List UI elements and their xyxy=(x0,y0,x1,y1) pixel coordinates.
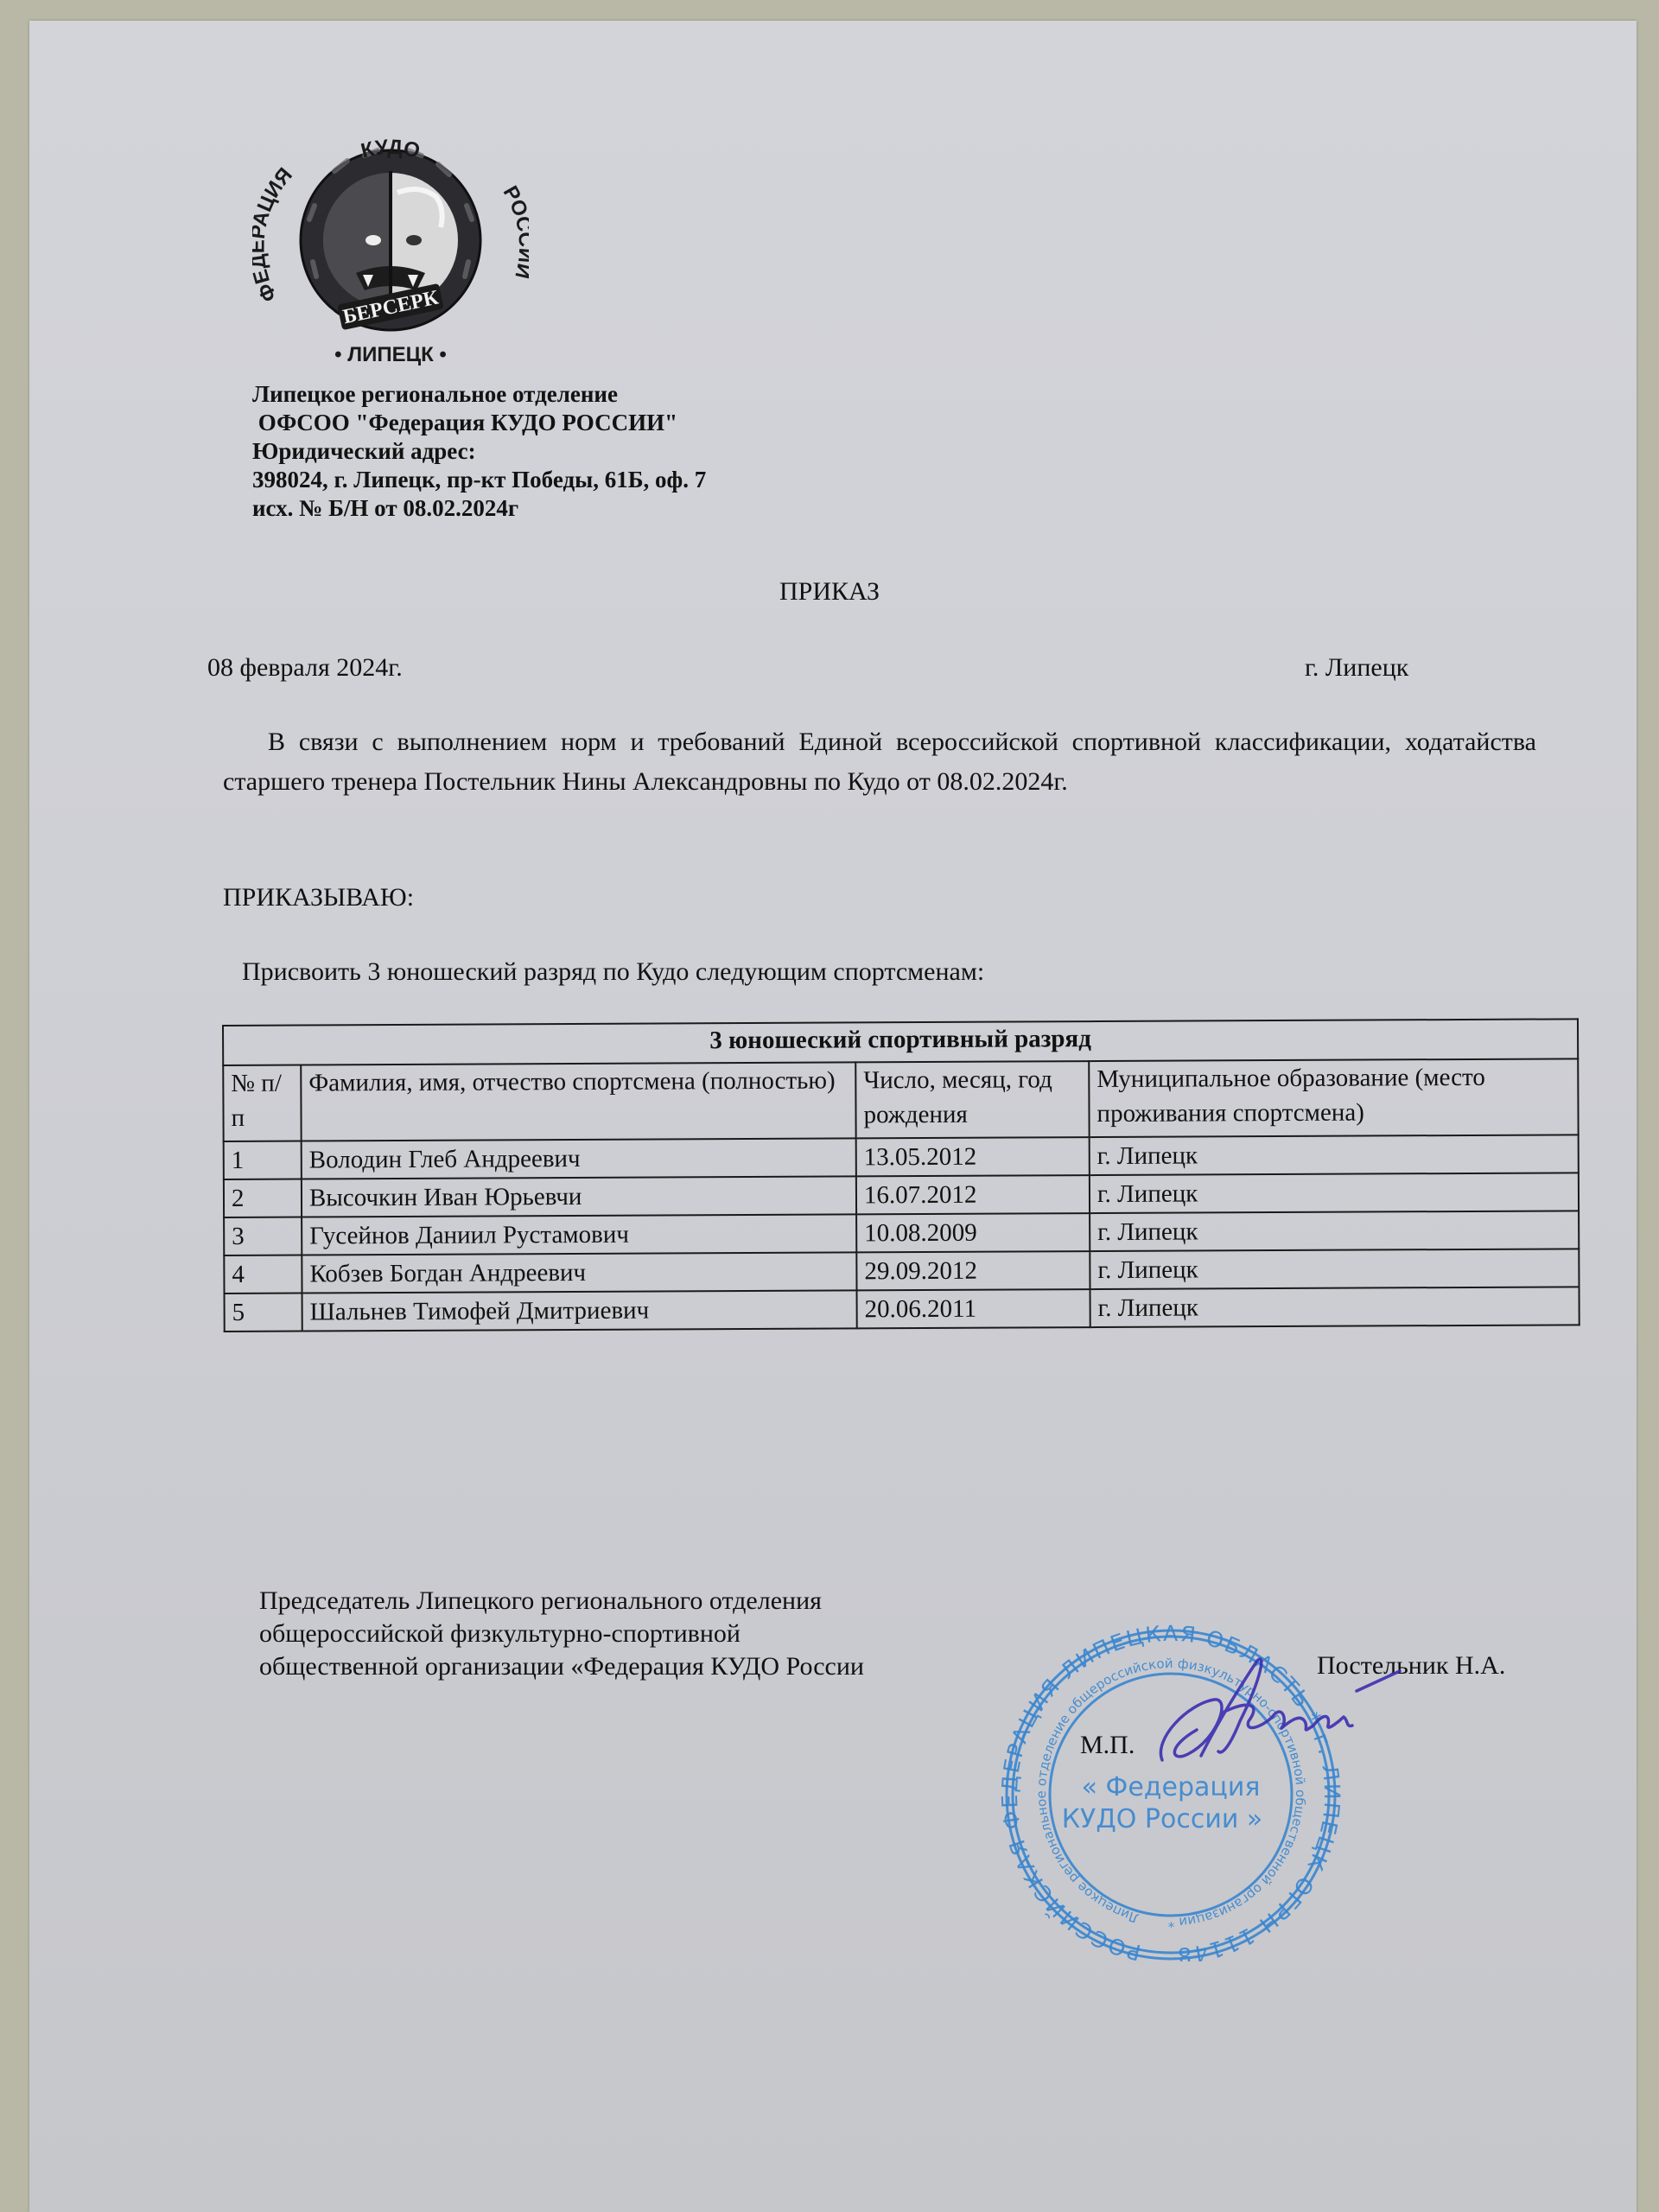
table-row: 5 Шальнев Тимофей Дмитриевич 20.06.2011 … xyxy=(225,1287,1580,1332)
athletes-table-wrap: 3 юношеский спортивный разряд № п/п Фами… xyxy=(222,1018,1580,1332)
letterhead-address-label: Юридический адрес: xyxy=(252,437,706,466)
row-num: 5 xyxy=(225,1294,302,1332)
order-title: ПРИКАЗ xyxy=(0,577,1659,607)
signatory-title: Председатель Липецкого регионального отд… xyxy=(259,1585,864,1683)
letterhead-org-line: Липецкое региональное отделение xyxy=(252,380,706,409)
svg-text:ФЕДЕРАЦИЯ: ФЕДЕРАЦИЯ xyxy=(252,163,297,305)
row-municipality: г. Липецк xyxy=(1090,1249,1579,1289)
row-municipality: г. Липецк xyxy=(1090,1211,1579,1251)
row-birth: 16.07.2012 xyxy=(856,1175,1090,1214)
header-name: Фамилия, имя, отчество спортсмена (полно… xyxy=(301,1062,855,1141)
row-name: Кобзев Богдан Андреевич xyxy=(302,1252,856,1293)
table-title: 3 юношеский спортивный разряд xyxy=(223,1019,1578,1065)
row-num: 4 xyxy=(224,1255,302,1294)
row-num: 3 xyxy=(224,1217,302,1255)
athletes-table: 3 юношеский спортивный разряд № п/п Фами… xyxy=(222,1018,1580,1332)
row-name: Гусейнов Даниил Рустамович xyxy=(302,1214,856,1255)
letterhead: Липецкое региональное отделение ОФСОО "Ф… xyxy=(252,380,706,523)
table-header-row: № п/п Фамилия, имя, отчество спортсмена … xyxy=(223,1058,1578,1141)
svg-text:• ЛИПЕЦК •: • ЛИПЕЦК • xyxy=(334,343,447,366)
table-row: 4 Кобзев Богдан Андреевич 29.09.2012 г. … xyxy=(224,1249,1579,1294)
assign-statement: Присвоить 3 юношеский разряд по Кудо сле… xyxy=(242,957,984,987)
table-row: 2 Высочкин Иван Юрьевчи 16.07.2012 г. Ли… xyxy=(224,1173,1579,1217)
signatory-line-3: общественной организации «Федерация КУДО… xyxy=(259,1650,864,1683)
header-birth: Число, месяц, год рождения xyxy=(855,1061,1089,1138)
order-date: 08 февраля 2024г. xyxy=(207,653,403,683)
row-name: Володин Глеб Андреевич xyxy=(302,1138,856,1179)
svg-text:РОССИИ: РОССИИ xyxy=(499,182,529,281)
row-name: Высочкин Иван Юрьевчи xyxy=(302,1176,856,1217)
table-row: 1 Володин Глеб Андреевич 13.05.2012 г. Л… xyxy=(224,1135,1579,1179)
letterhead-federation-line: ОФСОО "Федерация КУДО РОССИИ" xyxy=(252,409,706,437)
svg-text:КУДО России »: КУДО России » xyxy=(1062,1804,1263,1834)
row-birth: 13.05.2012 xyxy=(856,1137,1090,1176)
handwritten-signature-icon xyxy=(1136,1652,1404,1773)
row-num: 2 xyxy=(224,1179,302,1217)
header-municipality: Муниципальное образование (место прожива… xyxy=(1089,1058,1578,1137)
signatory-line-1: Председатель Липецкого регионального отд… xyxy=(259,1585,864,1618)
seal-place-label: М.П. xyxy=(1080,1731,1135,1760)
signatory-line-2: общероссийской физкультурно-спортивной xyxy=(259,1618,864,1650)
row-birth: 10.08.2009 xyxy=(856,1213,1090,1252)
order-directive: ПРИКАЗЫВАЮ: xyxy=(223,883,414,912)
row-birth: 20.06.2011 xyxy=(857,1289,1090,1328)
row-num: 1 xyxy=(224,1141,302,1179)
row-name: Шальнев Тимофей Дмитриевич xyxy=(302,1290,857,1331)
header-num: № п/п xyxy=(223,1065,301,1141)
svg-text:« Федерация: « Федерация xyxy=(1082,1772,1261,1802)
row-municipality: г. Липецк xyxy=(1090,1135,1579,1175)
order-preamble: В связи с выполнением норм и требований … xyxy=(223,722,1536,802)
row-birth: 29.09.2012 xyxy=(856,1251,1090,1290)
row-municipality: г. Липецк xyxy=(1090,1287,1580,1327)
letterhead-outgoing-number: исх. № Б/Н от 08.02.2024г xyxy=(252,494,706,523)
order-city: г. Липецк xyxy=(1305,653,1408,683)
federation-logo-icon: БЕРСЕРК КУДО ФЕДЕРАЦИЯ РОССИИ • ЛИПЕЦК • xyxy=(252,111,529,370)
row-municipality: г. Липецк xyxy=(1090,1173,1579,1213)
order-preamble-text: В связи с выполнением норм и требований … xyxy=(223,728,1536,796)
table-row: 3 Гусейнов Даниил Рустамович 10.08.2009 … xyxy=(224,1211,1579,1255)
letterhead-address: 398024, г. Липецк, пр-кт Победы, 61Б, оф… xyxy=(252,466,706,494)
